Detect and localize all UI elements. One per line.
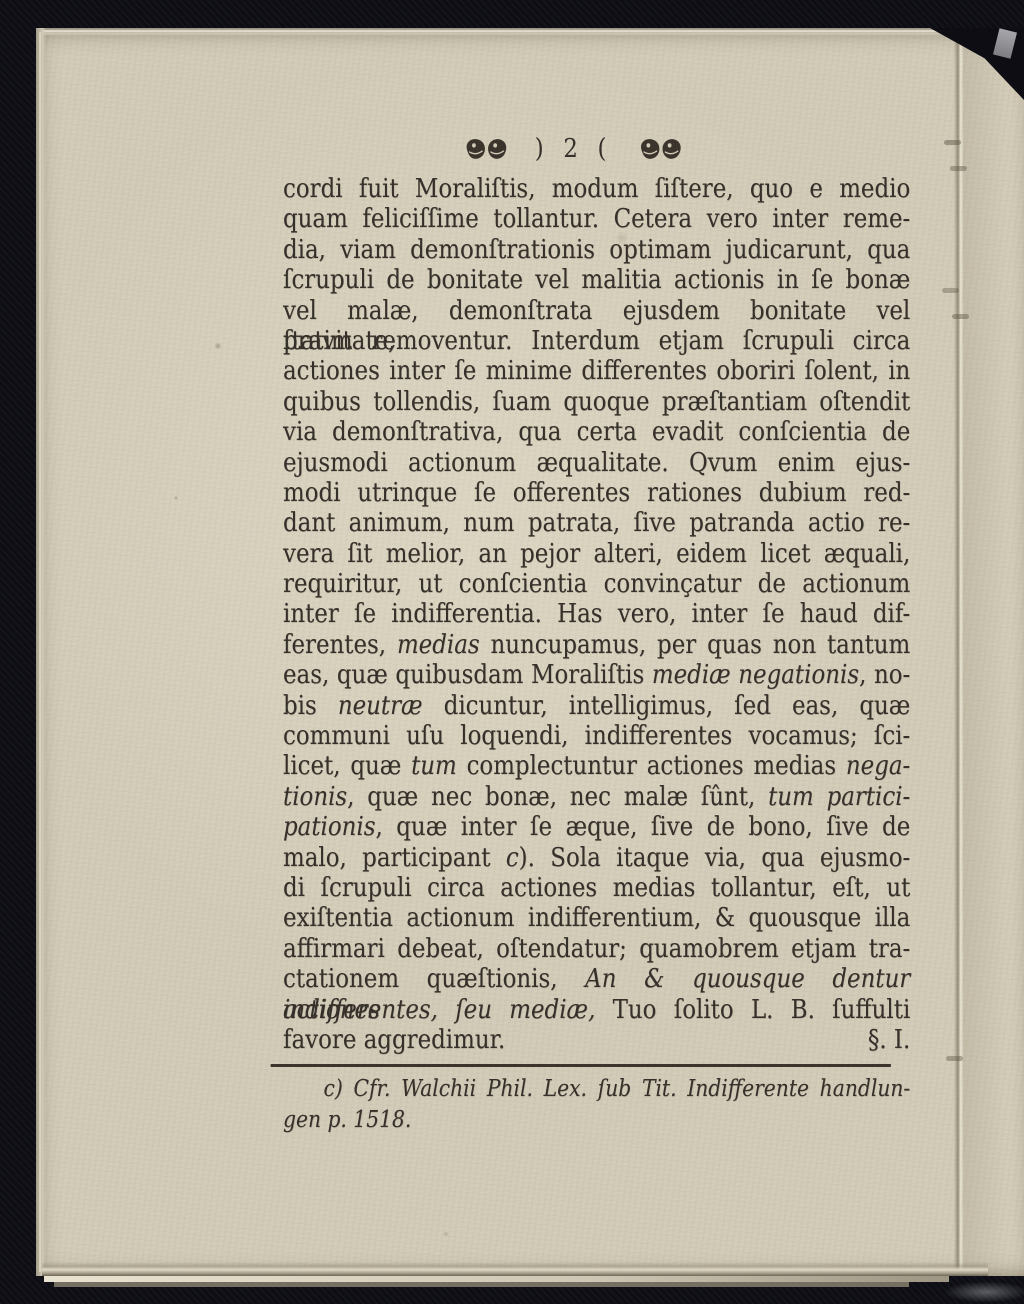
text-segment: ejusmodi actionum æqualitate. Qvum enim …: [283, 448, 910, 478]
text-segment: complectuntur actiones medias: [457, 751, 846, 781]
text-segment: nuncupamus, per quas non tantum: [480, 630, 911, 660]
text-line: gen p. 1518.: [283, 1105, 910, 1136]
text-line: vera ſit melior, an pejor alteri, eidem …: [283, 539, 910, 569]
footnote: c) Cfr. Walchii Phil. Lex. ſub Tit. Indi…: [283, 1074, 910, 1135]
text-column: ) 2 ( cordi fuit Moraliſtis, modum ſiſte…: [283, 130, 910, 1135]
fold-notches: [944, 140, 961, 145]
text-segment: , no-: [859, 660, 910, 690]
text-segment: malo, participant: [283, 843, 506, 873]
text-segment: , quæ nec bonæ, nec malæ ſûnt,: [347, 782, 768, 812]
text-segment: medias: [397, 630, 480, 660]
body-text: cordi fuit Moraliſtis, modum ſiſtere, qu…: [283, 174, 910, 1055]
text-line: communi uſu loquendi, indifferentes voca…: [283, 721, 910, 751]
text-segment: nega-: [846, 751, 910, 781]
text-segment: Tuo ſolito L. B. ſuffulti: [595, 995, 910, 1025]
text-segment: tum partici-: [768, 782, 910, 812]
text-segment: dant animum, num patrata, ſive patranda …: [283, 508, 910, 538]
text-segment: tionis: [283, 782, 347, 812]
text-line: requiritur, ut conſcientia convinçatur d…: [283, 569, 910, 599]
text-segment: , quæ inter ſe æque, ſive de bono, ſive …: [375, 812, 910, 842]
text-line: ctationem quæſtionis, An & quousque dent…: [283, 964, 910, 994]
text-line: via demonſtrativa, qua certa evadit conſ…: [283, 417, 910, 447]
text-line: di ſcrupuli circa actiones medias tollan…: [283, 873, 910, 903]
text-segment: licet, quæ: [283, 751, 411, 781]
text-line: affirmari debeat, oſtendatur; quamobrem …: [283, 934, 910, 964]
book-page: ) 2 ( cordi fuit Moraliſtis, modum ſiſte…: [36, 28, 1024, 1276]
text-line: licet, quæ tum complectuntur actiones me…: [283, 751, 910, 781]
text-line: pationis, quæ inter ſe æque, ſive de bon…: [283, 812, 910, 842]
text-line: ejusmodi actionum æqualitate. Qvum enim …: [283, 448, 910, 478]
text-segment: bis: [283, 691, 338, 721]
page-number: ) 2 (: [535, 134, 613, 164]
text-line: ſcrupuli de bonitate vel malitia actioni…: [283, 265, 910, 295]
text-line: ferentes, medias nuncupamus, per quas no…: [283, 630, 910, 660]
page-fold-crease: [954, 34, 963, 1272]
text-segment: favore aggredimur.: [283, 1025, 505, 1055]
text-line: exiſtentia actionum indifferentium, & qu…: [283, 903, 910, 933]
text-segment: ferentes,: [283, 630, 397, 660]
text-segment: exiſtentia actionum indifferentium, & qu…: [283, 903, 910, 933]
text-line: ſtatim removentur. Interdum etjam ſcrupu…: [283, 326, 910, 356]
text-segment: di ſcrupuli circa actiones medias tollan…: [283, 873, 910, 903]
text-line: vel malæ, demonſtrata ejusdem bonitate v…: [283, 296, 910, 326]
text-segment: requiritur, ut conſcientia convinçatur d…: [283, 569, 910, 599]
text-line: dant animum, num patrata, ſive patranda …: [283, 508, 910, 538]
text-line: indifferentes, ſeu mediæ, Tuo ſolito L. …: [283, 995, 910, 1025]
text-segment: quibus tollendis, ſuam quoque præſtantia…: [283, 387, 910, 417]
text-segment: tum: [411, 751, 457, 781]
text-line: bis neutræ dicuntur, intelligimus, ſed e…: [283, 691, 910, 721]
text-segment: cordi fuit Moraliſtis, modum ſiſtere, qu…: [283, 174, 910, 204]
section-mark: §. I.: [868, 1025, 910, 1055]
text-segment: quam feliciſſime tollantur. Cetera vero …: [283, 204, 910, 234]
text-segment: vera ſit melior, an pejor alteri, eidem …: [283, 539, 910, 569]
fleuron-icon: [464, 137, 508, 161]
text-segment: dia, viam demonſtrationis optimam judica…: [283, 235, 910, 265]
text-segment: modi utrinque ſe offerentes rationes dub…: [283, 478, 910, 508]
text-segment: gen p. 1518.: [283, 1107, 411, 1133]
text-segment: pationis: [283, 812, 375, 842]
text-segment: c: [506, 843, 519, 873]
text-line: quibus tollendis, ſuam quoque præſtantia…: [283, 387, 910, 417]
text-line: quam feliciſſime tollantur. Cetera vero …: [283, 204, 910, 234]
page-top-edge: [36, 28, 1024, 36]
text-segment: ctationem quæſtionis,: [283, 964, 585, 994]
text-line: cordi fuit Moraliſtis, modum ſiſtere, qu…: [283, 174, 910, 204]
footnote-rule: [271, 1064, 891, 1067]
text-line: eas, quæ quibusdam Moraliſtis mediæ nega…: [283, 660, 910, 690]
text-line: actiones inter ſe minime differentes obo…: [283, 356, 910, 386]
text-line: c) Cfr. Walchii Phil. Lex. ſub Tit. Indi…: [283, 1074, 910, 1105]
text-segment: ). Sola itaque via, qua ejusmo-: [519, 843, 911, 873]
text-segment: via demonſtrativa, qua certa evadit conſ…: [283, 417, 910, 447]
text-segment: inter ſe indifferentia. Has vero, inter …: [283, 599, 910, 629]
text-segment: ſcrupuli de bonitate vel malitia actioni…: [283, 265, 910, 295]
page-bottom-edge: [42, 1262, 988, 1276]
text-segment: dicuntur, intelligimus, ſed eas, quæ: [423, 691, 911, 721]
text-segment: c) Cfr. Walchii Phil. Lex. ſub Tit. Indi…: [324, 1076, 911, 1102]
text-segment: ſtatim removentur. Interdum etjam ſcrupu…: [283, 326, 910, 356]
scan-backdrop: { "meta": { "background_color": "#0d0d13…: [0, 0, 1024, 1304]
text-segment: actiones inter ſe minime differentes obo…: [283, 356, 910, 386]
text-segment: affirmari debeat, oſtendatur; quamobrem …: [283, 934, 910, 964]
bottom-right-smudge: [930, 1282, 1024, 1302]
text-segment: eas, quæ quibusdam Moraliſtis: [283, 660, 652, 690]
text-line: inter ſe indifferentia. Has vero, inter …: [283, 599, 910, 629]
fleuron-icon: [639, 137, 683, 161]
line-text: favore aggredimur.: [283, 1025, 505, 1055]
text-segment: neutræ: [338, 691, 423, 721]
page-left-edge: [36, 28, 46, 1276]
text-segment: mediæ negationis: [652, 660, 859, 690]
next-page-sliver: [963, 28, 1024, 1276]
footnote-lines: c) Cfr. Walchii Phil. Lex. ſub Tit. Indi…: [283, 1074, 910, 1135]
text-line: tionis, quæ nec bonæ, nec malæ ſûnt, tum…: [283, 782, 910, 812]
page-header: ) 2 (: [283, 130, 910, 168]
text-segment: communi uſu loquendi, indifferentes voca…: [283, 721, 910, 751]
text-segment: indifferentes, ſeu mediæ,: [283, 995, 595, 1025]
text-line: favore aggredimur.§. I.: [283, 1025, 910, 1055]
text-line: modi utrinque ſe offerentes rationes dub…: [283, 478, 910, 508]
page-stack-edge: [54, 1282, 909, 1287]
text-line: dia, viam demonſtrationis optimam judica…: [283, 235, 910, 265]
text-line: malo, participant c). Sola itaque via, q…: [283, 843, 910, 873]
